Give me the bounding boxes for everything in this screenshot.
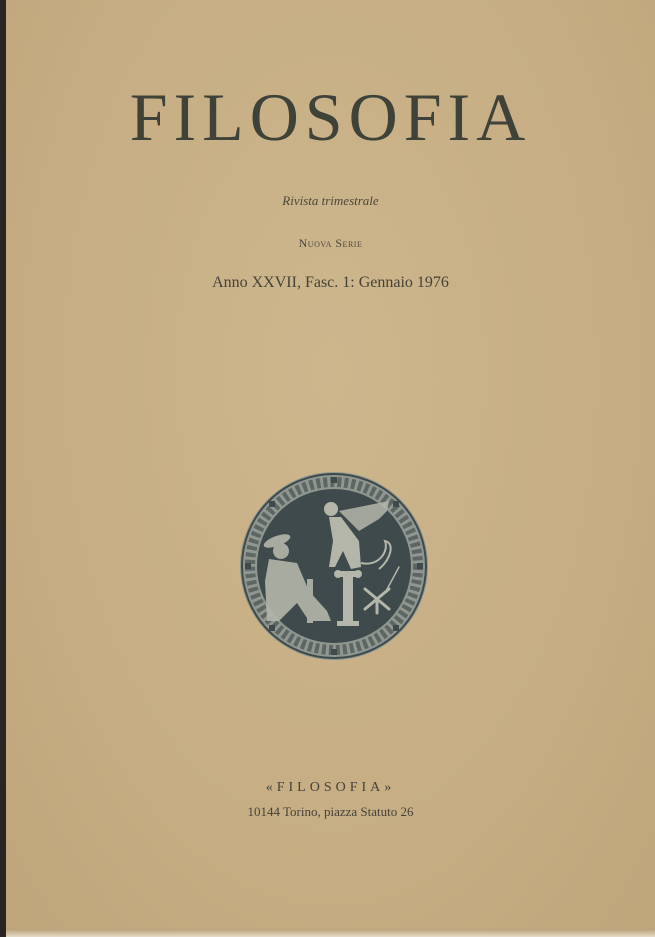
publisher-address: 10144 Torino, piazza Statuto 26	[6, 804, 655, 820]
journal-title: FILOSOFIA	[6, 78, 655, 157]
publisher-name: «FILOSOFIA»	[6, 780, 655, 796]
journal-subtitle: Rivista trimestrale	[6, 193, 655, 209]
issue-info: Anno XXVII, Fasc. 1: Gennaio 1976	[6, 274, 655, 292]
page-edge	[6, 929, 655, 937]
journal-cover: FILOSOFIA Rivista trimestrale Nuova Seri…	[6, 0, 655, 930]
series-label: Nuova Serie	[6, 236, 655, 251]
medallion-illustration-icon	[239, 471, 429, 661]
